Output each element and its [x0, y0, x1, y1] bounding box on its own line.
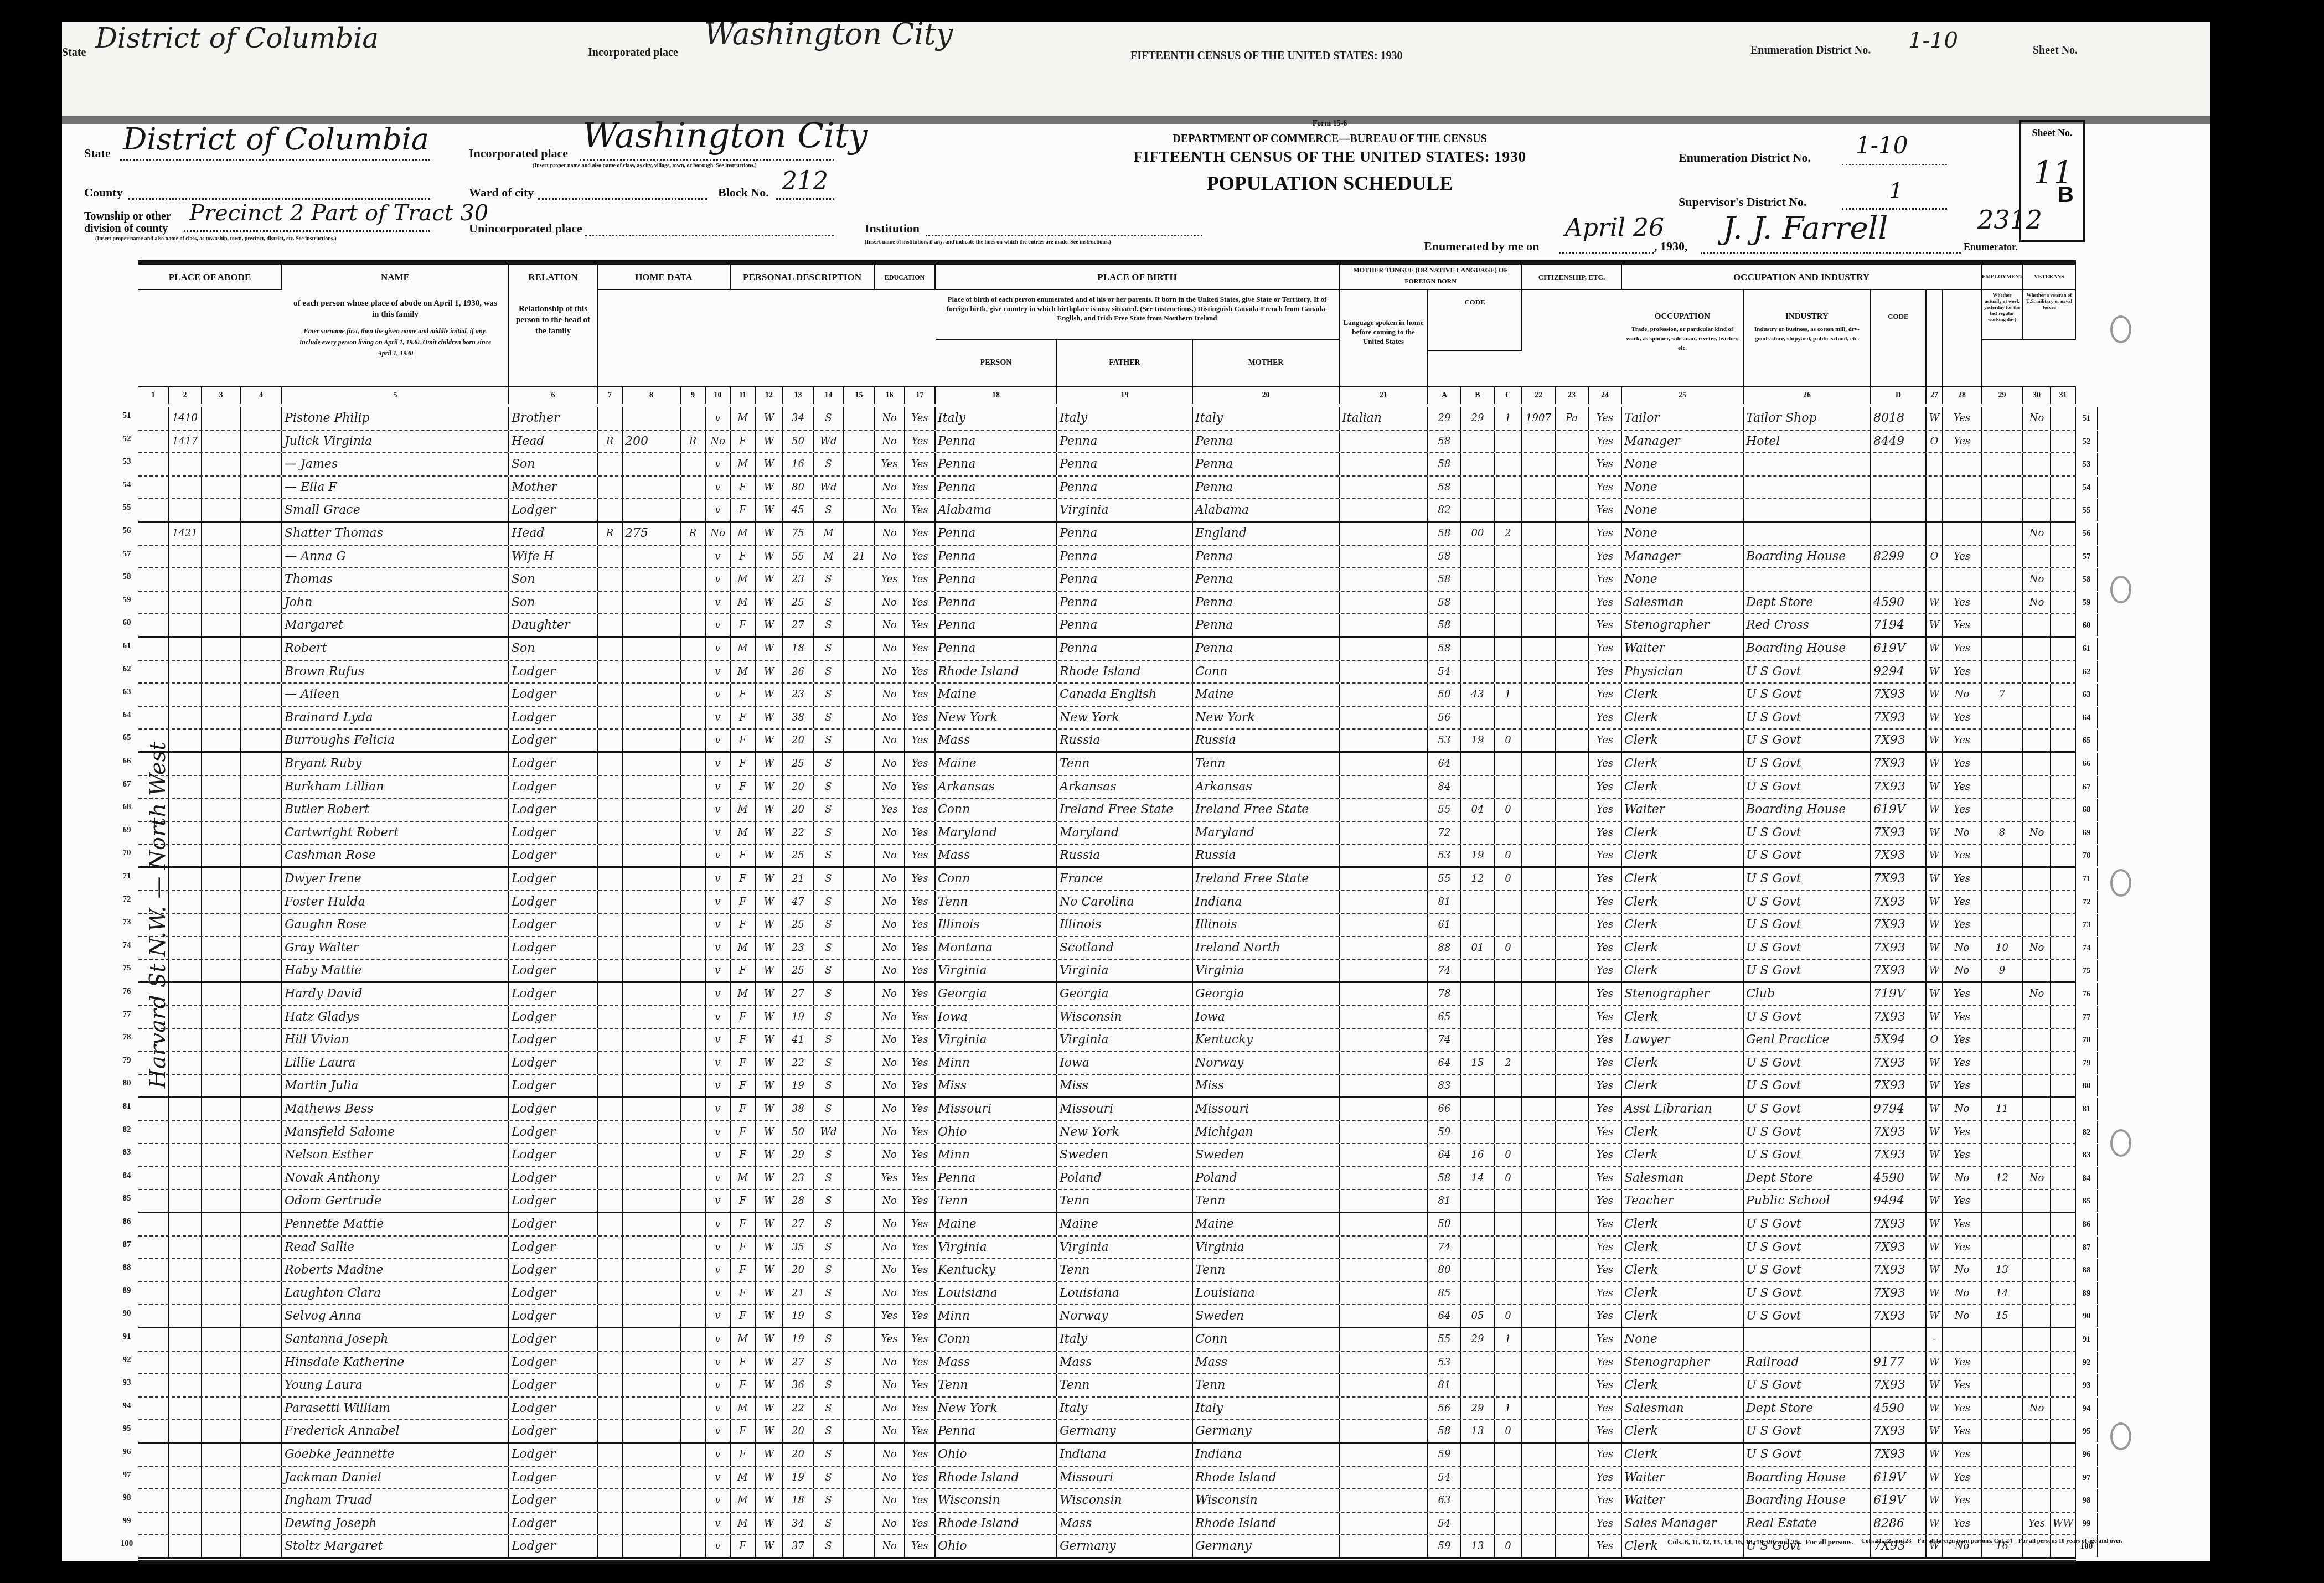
cell-fbp: Penna [1057, 477, 1193, 499]
cell-mar: S [814, 983, 844, 1005]
cell-age: 19 [783, 1075, 814, 1096]
cell-house [169, 1513, 202, 1535]
cell-read: Yes [905, 1513, 936, 1535]
line-number-right: 98 [2076, 1489, 2098, 1512]
cell-cls: O [1927, 431, 1943, 453]
line-number-right: 61 [2076, 638, 2098, 660]
cell-own [598, 1420, 623, 1442]
cell-nat [1556, 1535, 1589, 1557]
cell-race: W [756, 1167, 783, 1189]
cell-vet [2023, 1213, 2051, 1235]
enum-district-label: Enumeration District No. [1679, 151, 1811, 165]
cell-rel: Daughter [509, 614, 598, 636]
cell-dwell [202, 614, 241, 636]
cell-occ: Clerk [1622, 1052, 1744, 1074]
cell-mbp: Italy [1193, 1398, 1340, 1420]
cell-fam [241, 477, 282, 499]
line-number: 70 [116, 845, 137, 866]
cell-ind: Genl Practice [1744, 1029, 1871, 1051]
cell-occ: Salesman [1622, 1398, 1744, 1420]
line-number-right: 73 [2076, 914, 2098, 936]
cell-farm: v [706, 1328, 731, 1351]
cell-mar: S [814, 753, 844, 775]
cell-age: 23 [783, 568, 814, 591]
cell-race: W [756, 453, 783, 475]
cell-imm [1522, 453, 1556, 475]
cell-war [2051, 891, 2076, 913]
cell-b: 05 [1461, 1305, 1495, 1327]
cell-name: Goebke Jeannette [282, 1444, 509, 1466]
cell-sex: F [731, 845, 756, 866]
cell-age: 19 [783, 1328, 814, 1351]
cell-ind: U S Govt [1744, 1098, 1871, 1120]
cell-nat [1556, 592, 1589, 614]
cell-vet [2023, 845, 2051, 866]
cell-fbp: Virginia [1057, 1237, 1193, 1259]
cell-val [623, 1144, 681, 1166]
cell-house [169, 1029, 202, 1051]
cell-own [598, 1513, 623, 1535]
cell-code: 7X93 [1871, 1282, 1927, 1305]
cell-c: 0 [1495, 1305, 1522, 1327]
cell-ind: U S Govt [1744, 1213, 1871, 1235]
cell-imm [1522, 1213, 1556, 1235]
cell-occ: Lawyer [1622, 1029, 1744, 1051]
cell-dwell [202, 661, 241, 683]
table-row: 77Hatz GladysLodgervFW19SNoYesIowaWiscon… [138, 1006, 2076, 1030]
cell-b: 13 [1461, 1420, 1495, 1442]
cell-b [1461, 1006, 1495, 1028]
cell-radio [681, 1398, 706, 1420]
cell-bp: Penna [936, 546, 1057, 568]
cell-eng: Yes [1589, 592, 1622, 614]
cell-lang [1340, 499, 1428, 521]
cell-war [2051, 407, 2076, 430]
cell-nat [1556, 914, 1589, 936]
cell-agem [844, 1420, 875, 1442]
cell-a: 82 [1428, 499, 1461, 521]
column-number: 12 [756, 386, 783, 404]
cell-ind: Boarding House [1744, 1489, 1871, 1512]
cell-name: Young Laura [282, 1374, 509, 1396]
cell-lang [1340, 776, 1428, 798]
cell-a: 81 [1428, 891, 1461, 913]
cell-b [1461, 1237, 1495, 1259]
cell-fbp: Ireland Free State [1057, 799, 1193, 821]
cell-rel: Lodger [509, 1029, 598, 1051]
cell-rel: Lodger [509, 845, 598, 866]
column-number: A [1428, 386, 1461, 404]
cell-read: Yes [905, 1006, 936, 1028]
cell-name: Selvog Anna [282, 1305, 509, 1327]
cell-imm [1522, 1398, 1556, 1420]
cell-dwell [202, 684, 241, 706]
cell-c: 1 [1495, 1328, 1522, 1351]
cell-rel: Lodger [509, 1190, 598, 1212]
cell-eng: Yes [1589, 1352, 1622, 1374]
cell-nat [1556, 868, 1589, 890]
cell-read: Yes [905, 477, 936, 499]
cell-work: Yes [1943, 983, 1982, 1005]
cell-own [598, 1535, 623, 1557]
cell-house: 1417 [169, 431, 202, 453]
cell-own [598, 1052, 623, 1074]
cell-c [1495, 1444, 1522, 1466]
cell-mbp: Maryland [1193, 822, 1340, 844]
cell-lang [1340, 1398, 1428, 1420]
cell-own [598, 960, 623, 981]
cell-read: Yes [905, 1237, 936, 1259]
cell-mar: S [814, 1098, 844, 1120]
cell-race: W [756, 1467, 783, 1489]
cell-code: 7X93 [1871, 1444, 1927, 1466]
cell-own [598, 1190, 623, 1212]
cell-a: 58 [1428, 546, 1461, 568]
cell-farm: v [706, 1398, 731, 1420]
line-number: 96 [116, 1444, 137, 1466]
cell-a: 59 [1428, 1444, 1461, 1466]
cell-unemp [1982, 1513, 2023, 1535]
cell-rel: Lodger [509, 983, 598, 1005]
line-number: 65 [116, 730, 137, 751]
cell-mbp: Maine [1193, 684, 1340, 706]
census-title: FIFTEENTH CENSUS OF THE UNITED STATES: 1… [1114, 148, 1546, 166]
cell-occ: Clerk [1622, 684, 1744, 706]
cell-val [623, 707, 681, 729]
cell-lang [1340, 1213, 1428, 1235]
cell-cls: O [1927, 1029, 1943, 1051]
cell-age: 21 [783, 1282, 814, 1305]
cell-race: W [756, 1190, 783, 1212]
cell-read: Yes [905, 914, 936, 936]
cell-vet [2023, 1098, 2051, 1120]
cell-work: No [1943, 684, 1982, 706]
cell-mar: S [814, 1029, 844, 1051]
cell-ind: Dept Store [1744, 1167, 1871, 1189]
cell-occ: Stenographer [1622, 1352, 1744, 1374]
cell-age: 28 [783, 1190, 814, 1212]
cell-unemp [1982, 730, 2023, 751]
cell-val [623, 407, 681, 430]
cell-sch: No [875, 776, 905, 798]
table-row: 79Lillie LauraLodgervFW22SNoYesMinnIowaN… [138, 1052, 2076, 1075]
cell-imm [1522, 1305, 1556, 1327]
cell-bp: Penna [936, 523, 1057, 545]
cell-read: Yes [905, 614, 936, 636]
cell-sex: M [731, 453, 756, 475]
cell-agem [844, 822, 875, 844]
cell-lang [1340, 1489, 1428, 1512]
cell-sex: M [731, 1489, 756, 1512]
cell-dwell [202, 1328, 241, 1351]
cell-ind: U S Govt [1744, 1237, 1871, 1259]
cell-work: Yes [1943, 1374, 1982, 1396]
cell-own: R [598, 431, 623, 453]
cell-farm: v [706, 891, 731, 913]
cell-radio [681, 753, 706, 775]
cell-sex: F [731, 960, 756, 981]
cell-work: Yes [1943, 407, 1982, 430]
cell-ind: U S Govt [1744, 822, 1871, 844]
cell-ind: Dept Store [1744, 1398, 1871, 1420]
cell-occ: Salesman [1622, 1167, 1744, 1189]
cell-vet [2023, 1052, 2051, 1074]
cell-nat [1556, 891, 1589, 913]
line-number-right: 83 [2076, 1144, 2098, 1166]
township-note: (Insert proper name and also name of cla… [95, 236, 337, 242]
line-number: 52 [116, 431, 137, 453]
cell-a: 58 [1428, 568, 1461, 591]
cell-fam [241, 1121, 282, 1144]
cell-farm: v [706, 638, 731, 660]
cell-mar: S [814, 845, 844, 866]
cell-agem [844, 983, 875, 1005]
cell-name: John [282, 592, 509, 614]
cell-nat [1556, 730, 1589, 751]
cell-imm [1522, 592, 1556, 614]
cell-street [138, 1190, 169, 1212]
line-number: 68 [116, 799, 137, 821]
cell-read: Yes [905, 523, 936, 545]
cell-c [1495, 1282, 1522, 1305]
block-line [776, 198, 834, 200]
cell-b [1461, 1374, 1495, 1396]
cell-mbp: England [1193, 523, 1340, 545]
cell-imm [1522, 822, 1556, 844]
cell-a: 61 [1428, 914, 1461, 936]
cell-work: Yes [1943, 1420, 1982, 1442]
cell-mar: S [814, 1282, 844, 1305]
cell-a: 58 [1428, 592, 1461, 614]
township-value: Precinct 2 Part of Tract 30 [189, 200, 488, 226]
cell-agem [844, 1352, 875, 1374]
cell-bp: Mass [936, 730, 1057, 751]
cell-code: 7X93 [1871, 684, 1927, 706]
cell-lang [1340, 914, 1428, 936]
cell-vet [2023, 1420, 2051, 1442]
cell-sch: No [875, 1513, 905, 1535]
cell-vet [2023, 1029, 2051, 1051]
cell-work: Yes [1943, 753, 1982, 775]
cell-rel: Head [509, 431, 598, 453]
cell-cls: W [1927, 730, 1943, 751]
cell-occ: Clerk [1622, 1121, 1744, 1144]
column-number: 30 [2023, 386, 2051, 404]
cell-bp: Virginia [936, 1237, 1057, 1259]
cell-eng: Yes [1589, 822, 1622, 844]
cell-sch: No [875, 1467, 905, 1489]
cell-c [1495, 707, 1522, 729]
cell-work: Yes [1943, 431, 1982, 453]
cell-read: Yes [905, 983, 936, 1005]
cell-age: 37 [783, 1535, 814, 1557]
cell-farm: v [706, 822, 731, 844]
cell-war [2051, 1420, 2076, 1442]
cell-mar: S [814, 960, 844, 981]
cell-imm [1522, 1029, 1556, 1051]
cell-agem [844, 1006, 875, 1028]
cell-occ: Clerk [1622, 1420, 1744, 1442]
cell-age: 80 [783, 477, 814, 499]
line-number-right: 59 [2076, 592, 2098, 614]
cell-agem [844, 568, 875, 591]
cell-val [623, 1075, 681, 1096]
department-title: DEPARTMENT OF COMMERCE—BUREAU OF THE CEN… [1125, 133, 1535, 146]
cell-code: 8299 [1871, 546, 1927, 568]
line-number-right: 68 [2076, 799, 2098, 821]
cell-imm [1522, 753, 1556, 775]
cell-ind: Boarding House [1744, 799, 1871, 821]
cell-cls: W [1927, 614, 1943, 636]
cell-own [598, 592, 623, 614]
cell-dwell [202, 1029, 241, 1051]
cell-fam [241, 431, 282, 453]
line-number: 82 [116, 1121, 137, 1144]
cell-mbp: New York [1193, 707, 1340, 729]
cell-race: W [756, 1513, 783, 1535]
cell-own [598, 1305, 623, 1327]
cell-sex: M [731, 1467, 756, 1489]
cell-read: Yes [905, 1420, 936, 1442]
cell-eng: Yes [1589, 707, 1622, 729]
cell-sex: M [731, 638, 756, 660]
line-number-right: 80 [2076, 1075, 2098, 1096]
cell-imm [1522, 614, 1556, 636]
cell-b: 16 [1461, 1144, 1495, 1166]
cell-val [623, 661, 681, 683]
cell-lang [1340, 1144, 1428, 1166]
cell-read: Yes [905, 453, 936, 475]
cell-sex: M [731, 1513, 756, 1535]
cell-bp: Minn [936, 1144, 1057, 1166]
cell-dwell [202, 1190, 241, 1212]
cell-cls: W [1927, 914, 1943, 936]
cell-own: R [598, 523, 623, 545]
cell-nat [1556, 661, 1589, 683]
cell-mar: S [814, 776, 844, 798]
cell-house [169, 776, 202, 798]
cell-bp: Rhode Island [936, 1467, 1057, 1489]
cell-war [2051, 983, 2076, 1005]
cell-name: Jackman Daniel [282, 1467, 509, 1489]
cell-bp: Georgia [936, 983, 1057, 1005]
table-row: 92Hinsdale KatherineLodgervFW27SNoYesMas… [138, 1352, 2076, 1375]
cell-b [1461, 707, 1495, 729]
cell-mar: S [814, 1305, 844, 1327]
column-number: 23 [1556, 386, 1589, 404]
table-row: 95Frederick AnnabelLodgervFW20SNoYesPenn… [138, 1420, 2076, 1444]
cell-own [598, 1006, 623, 1028]
cell-occ: Clerk [1622, 730, 1744, 751]
cell-sch: No [875, 937, 905, 959]
cell-sex: F [731, 546, 756, 568]
cell-fam [241, 684, 282, 706]
cell-name: — Aileen [282, 684, 509, 706]
cell-agem [844, 1213, 875, 1235]
cell-sch: No [875, 499, 905, 521]
cell-name: Pennette Mattie [282, 1213, 509, 1235]
cell-eng: Yes [1589, 1444, 1622, 1466]
cell-fbp: Iowa [1057, 1052, 1193, 1074]
cell-b [1461, 1259, 1495, 1281]
cell-own [598, 1237, 623, 1259]
cell-war [2051, 1121, 2076, 1144]
cell-mbp: Sweden [1193, 1144, 1340, 1166]
cell-name: Pistone Philip [282, 407, 509, 430]
column-number: 7 [598, 386, 623, 404]
cell-ind: Club [1744, 983, 1871, 1005]
cell-farm: v [706, 1535, 731, 1557]
cell-b [1461, 431, 1495, 453]
cell-house [169, 1374, 202, 1396]
cell-rel: Lodger [509, 891, 598, 913]
cell-bp: Rhode Island [936, 1513, 1057, 1535]
cell-a: 74 [1428, 1029, 1461, 1051]
cell-cls: W [1927, 1121, 1943, 1144]
cell-vet [2023, 477, 2051, 499]
cell-code: 4590 [1871, 1167, 1927, 1189]
cell-read: Yes [905, 568, 936, 591]
cell-dwell [202, 1237, 241, 1259]
cell-agem [844, 1190, 875, 1212]
cell-sch: No [875, 1444, 905, 1466]
cell-mbp: Michigan [1193, 1121, 1340, 1144]
cell-own [598, 568, 623, 591]
cell-val [623, 1489, 681, 1512]
cell-dwell [202, 638, 241, 660]
cell-farm: v [706, 684, 731, 706]
cell-a: 56 [1428, 1398, 1461, 1420]
cell-house [169, 684, 202, 706]
cell-race: W [756, 914, 783, 936]
cell-imm [1522, 845, 1556, 866]
cell-val [623, 1328, 681, 1351]
cell-unemp: 11 [1982, 1098, 2023, 1120]
cell-house [169, 822, 202, 844]
cell-race: W [756, 614, 783, 636]
cell-dwell [202, 1259, 241, 1281]
cell-c [1495, 1190, 1522, 1212]
cell-val [623, 1259, 681, 1281]
cell-a: 54 [1428, 1467, 1461, 1489]
cell-fam [241, 546, 282, 568]
cell-eng: Yes [1589, 614, 1622, 636]
cell-b [1461, 891, 1495, 913]
cell-name: Hill Vivian [282, 1029, 509, 1051]
cell-own [598, 1352, 623, 1374]
cell-lang [1340, 1237, 1428, 1259]
cell-sch: No [875, 1190, 905, 1212]
line-number: 75 [116, 960, 137, 981]
line-number: 64 [116, 707, 137, 729]
table-row: 96Goebke JeannetteLodgervFW20SNoYesOhioI… [138, 1444, 2076, 1467]
cell-work: Yes [1943, 845, 1982, 866]
cell-vet [2023, 1190, 2051, 1212]
cell-read: Yes [905, 707, 936, 729]
cell-mar: S [814, 1352, 844, 1374]
cell-val [623, 753, 681, 775]
cell-fbp: New York [1057, 1121, 1193, 1144]
cell-bp: Iowa [936, 1006, 1057, 1028]
cell-name: Martin Julia [282, 1075, 509, 1096]
cell-work [1943, 1328, 1982, 1351]
table-row: 85Odom GertrudeLodgervFW28SNoYesTennTenn… [138, 1190, 2076, 1213]
cell-vet [2023, 730, 2051, 751]
cell-read: Yes [905, 661, 936, 683]
line-number-right: 88 [2076, 1259, 2098, 1281]
cell-a: 64 [1428, 1305, 1461, 1327]
cell-dwell [202, 407, 241, 430]
